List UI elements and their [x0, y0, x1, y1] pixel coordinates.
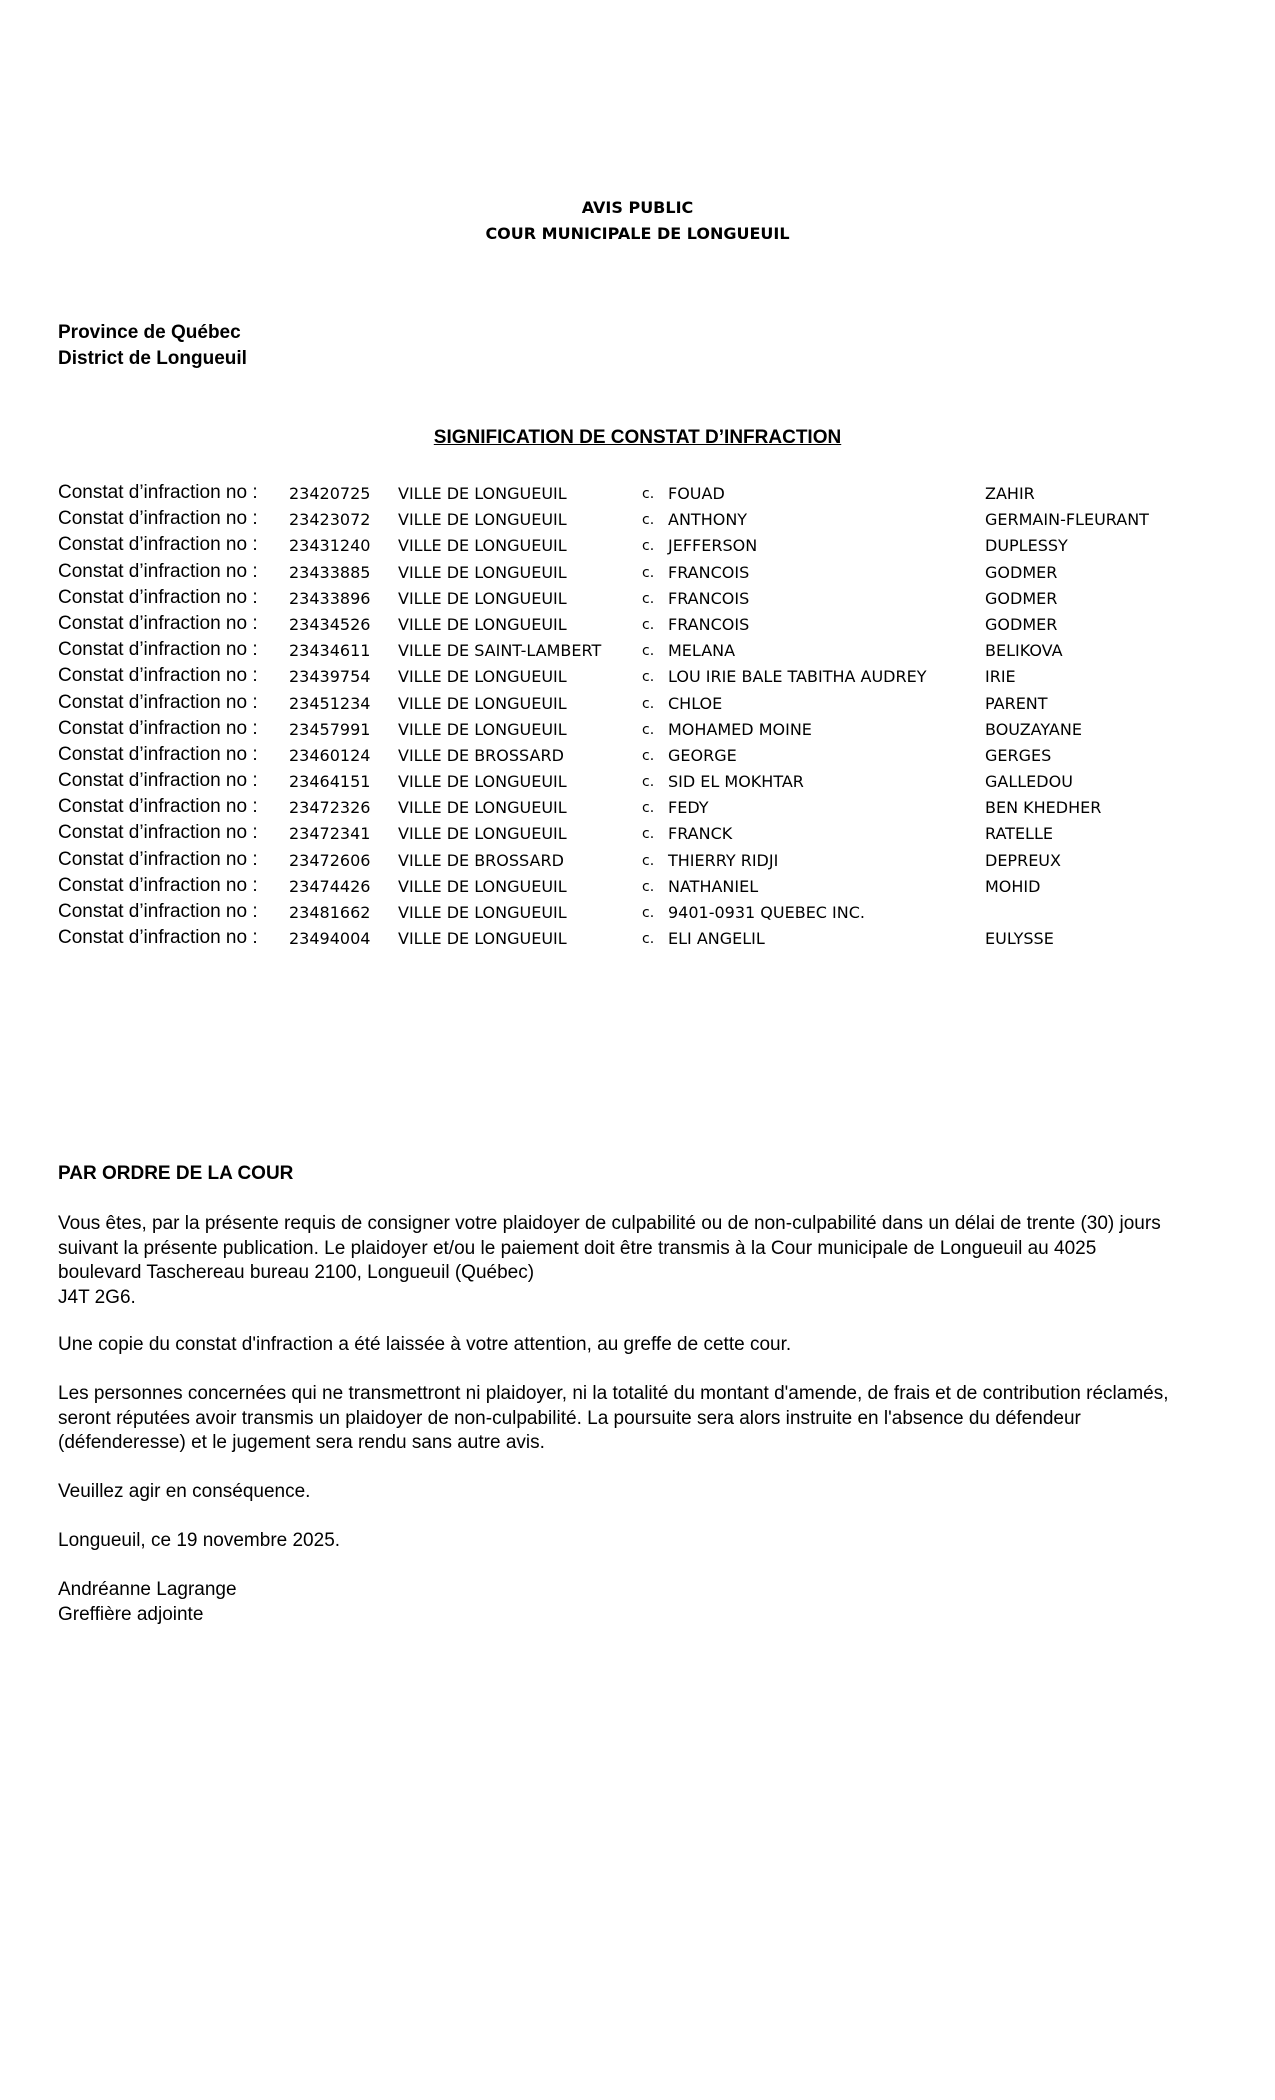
- constat-number: 23420725: [289, 484, 370, 503]
- defendant-last-name: IRIE: [985, 667, 1016, 686]
- constat-row: Constat d’infraction no :23472606VILLE D…: [0, 849, 1275, 875]
- constat-number: 23434526: [289, 615, 370, 634]
- constat-number: 23439754: [289, 667, 370, 686]
- defendant-first-name: SID EL MOKHTAR: [668, 772, 804, 791]
- versus-marker: c.: [642, 722, 654, 738]
- constat-row: Constat d’infraction no :23433896VILLE D…: [0, 587, 1275, 613]
- constat-label: Constat d’infraction no :: [58, 796, 258, 818]
- versus-marker: c.: [642, 853, 654, 869]
- constat-label: Constat d’infraction no :: [58, 482, 258, 504]
- defendant-last-name: GERMAIN-FLEURANT: [985, 510, 1149, 529]
- text-line: suivant la présente publication. Le plai…: [58, 1237, 1238, 1262]
- plaintiff-name: VILLE DE LONGUEUIL: [398, 667, 567, 686]
- constat-number: 23423072: [289, 510, 370, 529]
- constat-label: Constat d’infraction no :: [58, 718, 258, 740]
- defendant-last-name: BOUZAYANE: [985, 720, 1082, 739]
- constat-label: Constat d’infraction no :: [58, 613, 258, 635]
- defendant-last-name: RATELLE: [985, 824, 1053, 843]
- plaintiff-name: VILLE DE LONGUEUIL: [398, 694, 567, 713]
- court-name: COUR MUNICIPALE DE LONGUEUIL: [0, 224, 1275, 243]
- constat-row: Constat d’infraction no :23434526VILLE D…: [0, 613, 1275, 639]
- defendant-first-name: FOUAD: [668, 484, 725, 503]
- text-line: Vous êtes, par la présente requis de con…: [58, 1212, 1238, 1237]
- constat-row: Constat d’infraction no :23434611VILLE D…: [0, 639, 1275, 665]
- paragraph-default-plea: Les personnes concernées qui ne transmet…: [58, 1382, 1238, 1456]
- plaintiff-name: VILLE DE LONGUEUIL: [398, 720, 567, 739]
- defendant-first-name: 9401-0931 QUEBEC INC.: [668, 903, 865, 922]
- versus-marker: c.: [642, 486, 654, 502]
- versus-marker: c.: [642, 826, 654, 842]
- versus-marker: c.: [642, 931, 654, 947]
- defendant-first-name: FRANCK: [668, 824, 732, 843]
- constat-number: 23433885: [289, 563, 370, 582]
- defendant-last-name: DEPREUX: [985, 851, 1061, 870]
- versus-marker: c.: [642, 774, 654, 790]
- text-line: (défenderesse) et le jugement sera rendu…: [58, 1431, 1238, 1456]
- defendant-last-name: ZAHIR: [985, 484, 1035, 503]
- defendant-first-name: MELANA: [668, 641, 735, 660]
- paragraph-copy-left: Une copie du constat d'infraction a été …: [58, 1333, 1238, 1358]
- defendant-last-name: PARENT: [985, 694, 1048, 713]
- constat-row: Constat d’infraction no :23423072VILLE D…: [0, 508, 1275, 534]
- constat-label: Constat d’infraction no :: [58, 639, 258, 661]
- constat-number: 23481662: [289, 903, 370, 922]
- plaintiff-name: VILLE DE LONGUEUIL: [398, 798, 567, 817]
- plaintiff-name: VILLE DE BROSSARD: [398, 746, 564, 765]
- constat-row: Constat d’infraction no :23472326VILLE D…: [0, 796, 1275, 822]
- defendant-last-name: GODMER: [985, 563, 1057, 582]
- defendant-first-name: NATHANIEL: [668, 877, 758, 896]
- text-line: boulevard Taschereau bureau 2100, Longue…: [58, 1261, 1238, 1286]
- paragraph-plea-request: Vous êtes, par la présente requis de con…: [58, 1212, 1238, 1310]
- district-label: District de Longueuil: [58, 348, 247, 370]
- defendant-last-name: GERGES: [985, 746, 1051, 765]
- constat-number: 23451234: [289, 694, 370, 713]
- constat-label: Constat d’infraction no :: [58, 927, 258, 949]
- constat-label: Constat d’infraction no :: [58, 901, 258, 923]
- constat-row: Constat d’infraction no :23472341VILLE D…: [0, 822, 1275, 848]
- constat-row: Constat d’infraction no :23494004VILLE D…: [0, 927, 1275, 953]
- plaintiff-name: VILLE DE LONGUEUIL: [398, 563, 567, 582]
- constat-label: Constat d’infraction no :: [58, 849, 258, 871]
- constat-number: 23472341: [289, 824, 370, 843]
- paragraph-act-accordingly: Veuillez agir en conséquence.: [58, 1480, 1238, 1505]
- plaintiff-name: VILLE DE LONGUEUIL: [398, 877, 567, 896]
- versus-marker: c.: [642, 669, 654, 685]
- defendant-first-name: CHLOE: [668, 694, 722, 713]
- plaintiff-name: VILLE DE SAINT-LAMBERT: [398, 641, 601, 660]
- versus-marker: c.: [642, 617, 654, 633]
- plaintiff-name: VILLE DE LONGUEUIL: [398, 615, 567, 634]
- defendant-last-name: DUPLESSY: [985, 536, 1068, 555]
- versus-marker: c.: [642, 643, 654, 659]
- constat-row: Constat d’infraction no :23420725VILLE D…: [0, 482, 1275, 508]
- section-title: SIGNIFICATION DE CONSTAT D’INFRACTION: [0, 427, 1275, 449]
- defendant-first-name: LOU IRIE BALE TABITHA AUDREY: [668, 667, 927, 686]
- constat-number: 23494004: [289, 929, 370, 948]
- constat-number: 23472606: [289, 851, 370, 870]
- plaintiff-name: VILLE DE LONGUEUIL: [398, 536, 567, 555]
- defendant-last-name: GODMER: [985, 589, 1057, 608]
- plaintiff-name: VILLE DE LONGUEUIL: [398, 772, 567, 791]
- constat-label: Constat d’infraction no :: [58, 534, 258, 556]
- defendant-last-name: BEN KHEDHER: [985, 798, 1101, 817]
- constat-row: Constat d’infraction no :23464151VILLE D…: [0, 770, 1275, 796]
- defendant-first-name: FEDY: [668, 798, 709, 817]
- defendant-first-name: FRANCOIS: [668, 615, 749, 634]
- versus-marker: c.: [642, 538, 654, 554]
- versus-marker: c.: [642, 696, 654, 712]
- constat-label: Constat d’infraction no :: [58, 665, 258, 687]
- constat-list: Constat d’infraction no :23420725VILLE D…: [0, 482, 1275, 953]
- constat-row: Constat d’infraction no :23451234VILLE D…: [0, 692, 1275, 718]
- defendant-last-name: GODMER: [985, 615, 1057, 634]
- notice-title: AVIS PUBLIC: [0, 198, 1275, 217]
- public-notice-page: AVIS PUBLIC COUR MUNICIPALE DE LONGUEUIL…: [0, 0, 1275, 2100]
- constat-label: Constat d’infraction no :: [58, 770, 258, 792]
- constat-number: 23434611: [289, 641, 370, 660]
- signature-block: Andréanne Lagrange Greffière adjointe: [58, 1578, 1238, 1627]
- constat-label: Constat d’infraction no :: [58, 822, 258, 844]
- defendant-last-name: GALLEDOU: [985, 772, 1073, 791]
- constat-number: 23472326: [289, 798, 370, 817]
- signatory-name: Andréanne Lagrange: [58, 1578, 1238, 1603]
- versus-marker: c.: [642, 879, 654, 895]
- constat-row: Constat d’infraction no :23431240VILLE D…: [0, 534, 1275, 560]
- text-line: seront réputées avoir transmis un plaido…: [58, 1407, 1238, 1432]
- versus-marker: c.: [642, 591, 654, 607]
- defendant-first-name: ANTHONY: [668, 510, 747, 529]
- constat-row: Constat d’infraction no :23481662VILLE D…: [0, 901, 1275, 927]
- plaintiff-name: VILLE DE LONGUEUIL: [398, 510, 567, 529]
- plaintiff-name: VILLE DE LONGUEUIL: [398, 484, 567, 503]
- defendant-first-name: ELI ANGELIL: [668, 929, 765, 948]
- constat-row: Constat d’infraction no :23439754VILLE D…: [0, 665, 1275, 691]
- plaintiff-name: VILLE DE LONGUEUIL: [398, 824, 567, 843]
- text-line: Les personnes concernées qui ne transmet…: [58, 1382, 1238, 1407]
- constat-label: Constat d’infraction no :: [58, 587, 258, 609]
- province-label: Province de Québec: [58, 322, 241, 344]
- constat-label: Constat d’infraction no :: [58, 744, 258, 766]
- constat-row: Constat d’infraction no :23460124VILLE D…: [0, 744, 1275, 770]
- defendant-first-name: JEFFERSON: [668, 536, 757, 555]
- defendant-first-name: FRANCOIS: [668, 563, 749, 582]
- constat-number: 23464151: [289, 772, 370, 791]
- versus-marker: c.: [642, 512, 654, 528]
- versus-marker: c.: [642, 565, 654, 581]
- versus-marker: c.: [642, 905, 654, 921]
- text-line: J4T 2G6.: [58, 1286, 1238, 1311]
- versus-marker: c.: [642, 748, 654, 764]
- constat-row: Constat d’infraction no :23457991VILLE D…: [0, 718, 1275, 744]
- constat-number: 23431240: [289, 536, 370, 555]
- plaintiff-name: VILLE DE LONGUEUIL: [398, 589, 567, 608]
- constat-row: Constat d’infraction no :23433885VILLE D…: [0, 561, 1275, 587]
- defendant-first-name: GEORGE: [668, 746, 737, 765]
- constat-label: Constat d’infraction no :: [58, 508, 258, 530]
- plaintiff-name: VILLE DE LONGUEUIL: [398, 903, 567, 922]
- versus-marker: c.: [642, 800, 654, 816]
- constat-number: 23433896: [289, 589, 370, 608]
- constat-number: 23474426: [289, 877, 370, 896]
- constat-number: 23460124: [289, 746, 370, 765]
- constat-label: Constat d’infraction no :: [58, 692, 258, 714]
- date-line: Longueuil, ce 19 novembre 2025.: [58, 1529, 1238, 1554]
- constat-number: 23457991: [289, 720, 370, 739]
- defendant-first-name: MOHAMED MOINE: [668, 720, 812, 739]
- signatory-title: Greffière adjointe: [58, 1603, 1238, 1628]
- defendant-last-name: MOHID: [985, 877, 1040, 896]
- constat-label: Constat d’infraction no :: [58, 875, 258, 897]
- constat-label: Constat d’infraction no :: [58, 561, 258, 583]
- defendant-last-name: BELIKOVA: [985, 641, 1063, 660]
- defendant-first-name: FRANCOIS: [668, 589, 749, 608]
- defendant-first-name: THIERRY RIDJI: [668, 851, 778, 870]
- plaintiff-name: VILLE DE BROSSARD: [398, 851, 564, 870]
- constat-row: Constat d’infraction no :23474426VILLE D…: [0, 875, 1275, 901]
- defendant-last-name: EULYSSE: [985, 929, 1054, 948]
- plaintiff-name: VILLE DE LONGUEUIL: [398, 929, 567, 948]
- order-title: PAR ORDRE DE LA COUR: [58, 1163, 293, 1185]
